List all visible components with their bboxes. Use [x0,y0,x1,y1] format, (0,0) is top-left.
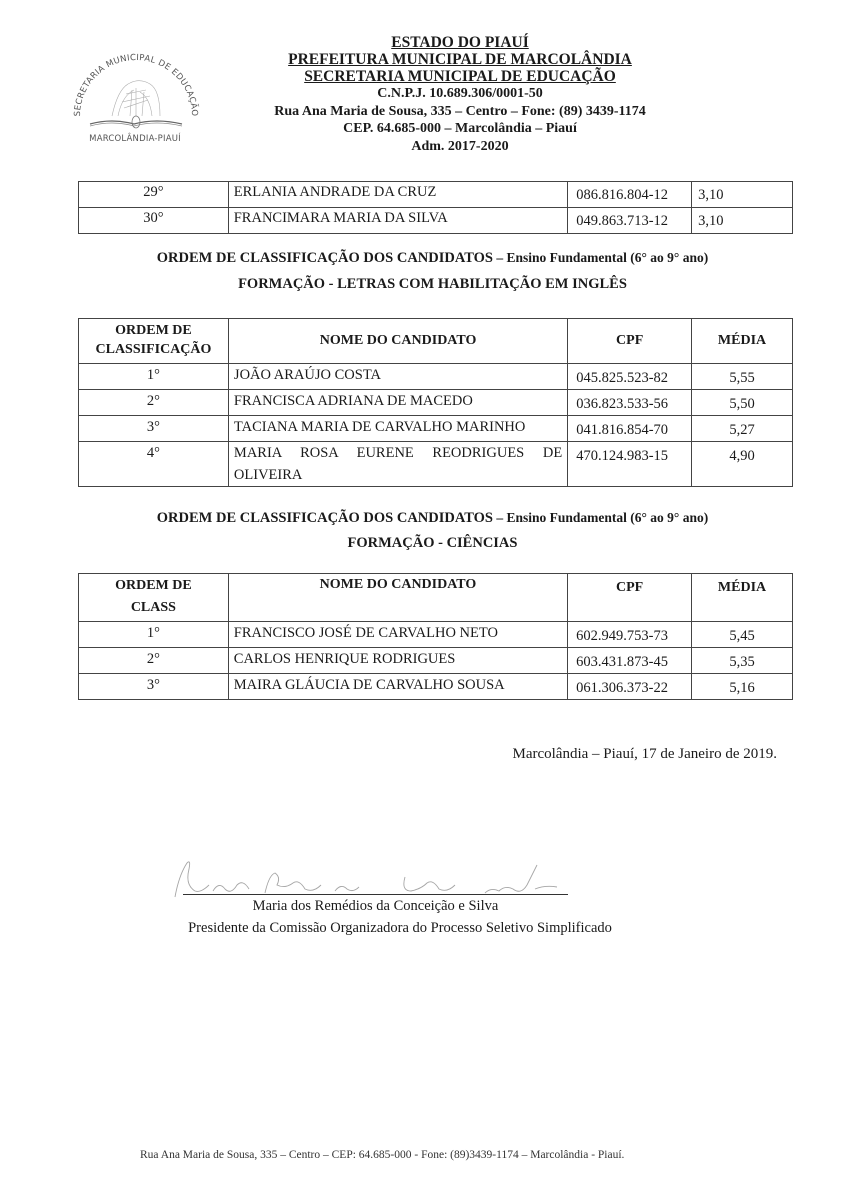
section-subheading: – Ensino Fundamental (6° ao 9° ano) [493,510,708,525]
average-cell: 5,55 [692,364,793,390]
address: Rua Ana Maria de Sousa, 335 – Centro – F… [200,103,720,121]
candidate-name-cell: JOÃO ARAÚJO COSTA [228,364,567,390]
cpf-cell: 036.823.533-56 [568,390,692,416]
rank-cell: 2° [79,390,229,416]
average-cell: 5,16 [692,674,793,700]
header-nome: NOME DO CANDIDATO [228,574,567,622]
average-cell: 4,90 [692,442,793,487]
cpf-cell: 470.124.983-15 [568,442,692,487]
rank-cell: 29° [79,182,229,208]
section-subheading: – Ensino Fundamental (6° ao 9° ano) [493,250,708,265]
document-page: SECRETARIA MUNICIPAL DE EDUCAÇÃO MARCOLÂ… [0,0,865,1200]
cpf-cell: 041.816.854-70 [568,416,692,442]
logo-caption: MARCOLÂNDIA-PIAUÍ [60,134,210,144]
header-ordem-line1: ORDEM DE [84,321,223,340]
header-ordem-line2: CLASSIFICAÇÃO [84,340,223,359]
rank-cell: 2° [79,648,229,674]
secretaria-logo: SECRETARIA MUNICIPAL DE EDUCAÇÃO MARCOLÂ… [60,38,210,156]
cpf-cell: 045.825.523-82 [568,364,692,390]
candidate-name-cell: FRANCIMARA MARIA DA SILVA [228,208,567,234]
header-ordem: ORDEM DE CLASS [79,574,229,622]
table-row: 1°FRANCISCO JOSÉ DE CARVALHO NETO602.949… [79,622,793,648]
signature-line [183,894,568,895]
table-row: 3°TACIANA MARIA DE CARVALHO MARINHO041.8… [79,416,793,442]
section-title-ciencias: ORDEM DE CLASSIFICAÇÃO DOS CANDIDATOS – … [0,507,865,529]
header-ordem-line1: ORDEM DE [84,575,223,597]
cpf-cell: 603.431.873-45 [568,648,692,674]
candidate-name-cell: FRANCISCA ADRIANA DE MACEDO [228,390,567,416]
ranking-table-ciencias: ORDEM DE CLASS NOME DO CANDIDATO CPF MÉD… [78,573,793,700]
table-row: 4°MARIA ROSA EURENE REODRIGUES DE OLIVEI… [79,442,793,487]
table-row: 29°ERLANIA ANDRADE DA CRUZ086.816.804-12… [79,182,793,208]
average-cell: 3,10 [692,182,793,208]
signatory-name: Maria dos Remédios da Conceição e Silva [183,898,568,915]
average-cell: 5,50 [692,390,793,416]
cpf-cell: 049.863.713-12 [568,208,692,234]
state-title: ESTADO DO PIAUÍ [200,34,720,51]
ranking-table-ingles: ORDEM DE CLASSIFICAÇÃO NOME DO CANDIDATO… [78,318,793,487]
table-row: 2°FRANCISCA ADRIANA DE MACEDO036.823.533… [79,390,793,416]
rank-cell: 1° [79,364,229,390]
average-cell: 5,27 [692,416,793,442]
prefeitura-title: PREFEITURA MUNICIPAL DE MARCOLÂNDIA [200,51,720,68]
average-cell: 5,45 [692,622,793,648]
formacao-ciencias: FORMAÇÃO - CIÊNCIAS [0,532,865,554]
section-heading: ORDEM DE CLASSIFICAÇÃO DOS CANDIDATOS [157,250,493,266]
header-ordem-line2: CLASS [84,597,223,619]
continued-ranking-table: 29°ERLANIA ANDRADE DA CRUZ086.816.804-12… [78,181,793,234]
table-row: 1°JOÃO ARAÚJO COSTA045.825.523-825,55 [79,364,793,390]
rank-cell: 1° [79,622,229,648]
header-cpf: CPF [568,574,692,622]
header-cpf: CPF [568,319,692,364]
cep: CEP. 64.685-000 – Marcolândia – Piauí [200,120,720,138]
administration: Adm. 2017-2020 [200,138,720,156]
signatory-role: Presidente da Comissão Organizadora do P… [150,920,650,937]
average-cell: 3,10 [692,208,793,234]
rank-cell: 30° [79,208,229,234]
candidate-name-cell: ERLANIA ANDRADE DA CRUZ [228,182,567,208]
header-ordem: ORDEM DE CLASSIFICAÇÃO [79,319,229,364]
header-nome: NOME DO CANDIDATO [228,319,567,364]
page-footer: Rua Ana Maria de Sousa, 335 – Centro – C… [140,1149,740,1161]
letterhead: ESTADO DO PIAUÍ PREFEITURA MUNICIPAL DE … [200,34,720,155]
header-media: MÉDIA [692,319,793,364]
rank-cell: 3° [79,674,229,700]
candidate-name-cell: MARIA ROSA EURENE REODRIGUES DE OLIVEIRA [228,442,567,487]
date-line: Marcolândia – Piauí, 17 de Janeiro de 20… [430,746,777,763]
table-row: 30°FRANCIMARA MARIA DA SILVA049.863.713-… [79,208,793,234]
candidate-name-cell: FRANCISCO JOSÉ DE CARVALHO NETO [228,622,567,648]
section-title-ingles: ORDEM DE CLASSIFICAÇÃO DOS CANDIDATOS – … [0,247,865,269]
section-heading: ORDEM DE CLASSIFICAÇÃO DOS CANDIDATOS [157,510,493,526]
table-row: 2°CARLOS HENRIQUE RODRIGUES603.431.873-4… [79,648,793,674]
rank-cell: 4° [79,442,229,487]
table-row: 3°MAIRA GLÁUCIA DE CARVALHO SOUSA061.306… [79,674,793,700]
rank-cell: 3° [79,416,229,442]
candidate-name-cell: TACIANA MARIA DE CARVALHO MARINHO [228,416,567,442]
average-cell: 5,35 [692,648,793,674]
cpf-cell: 086.816.804-12 [568,182,692,208]
candidate-name-cell: MAIRA GLÁUCIA DE CARVALHO SOUSA [228,674,567,700]
cpf-cell: 061.306.373-22 [568,674,692,700]
header-media: MÉDIA [692,574,793,622]
secretaria-title: SECRETARIA MUNICIPAL DE EDUCAÇÃO [200,68,720,85]
cnpj: C.N.P.J. 10.689.306/0001-50 [200,85,720,103]
cpf-cell: 602.949.753-73 [568,622,692,648]
candidate-name-cell: CARLOS HENRIQUE RODRIGUES [228,648,567,674]
formacao-ingles: FORMAÇÃO - LETRAS COM HABILITAÇÃO EM ING… [0,273,865,295]
